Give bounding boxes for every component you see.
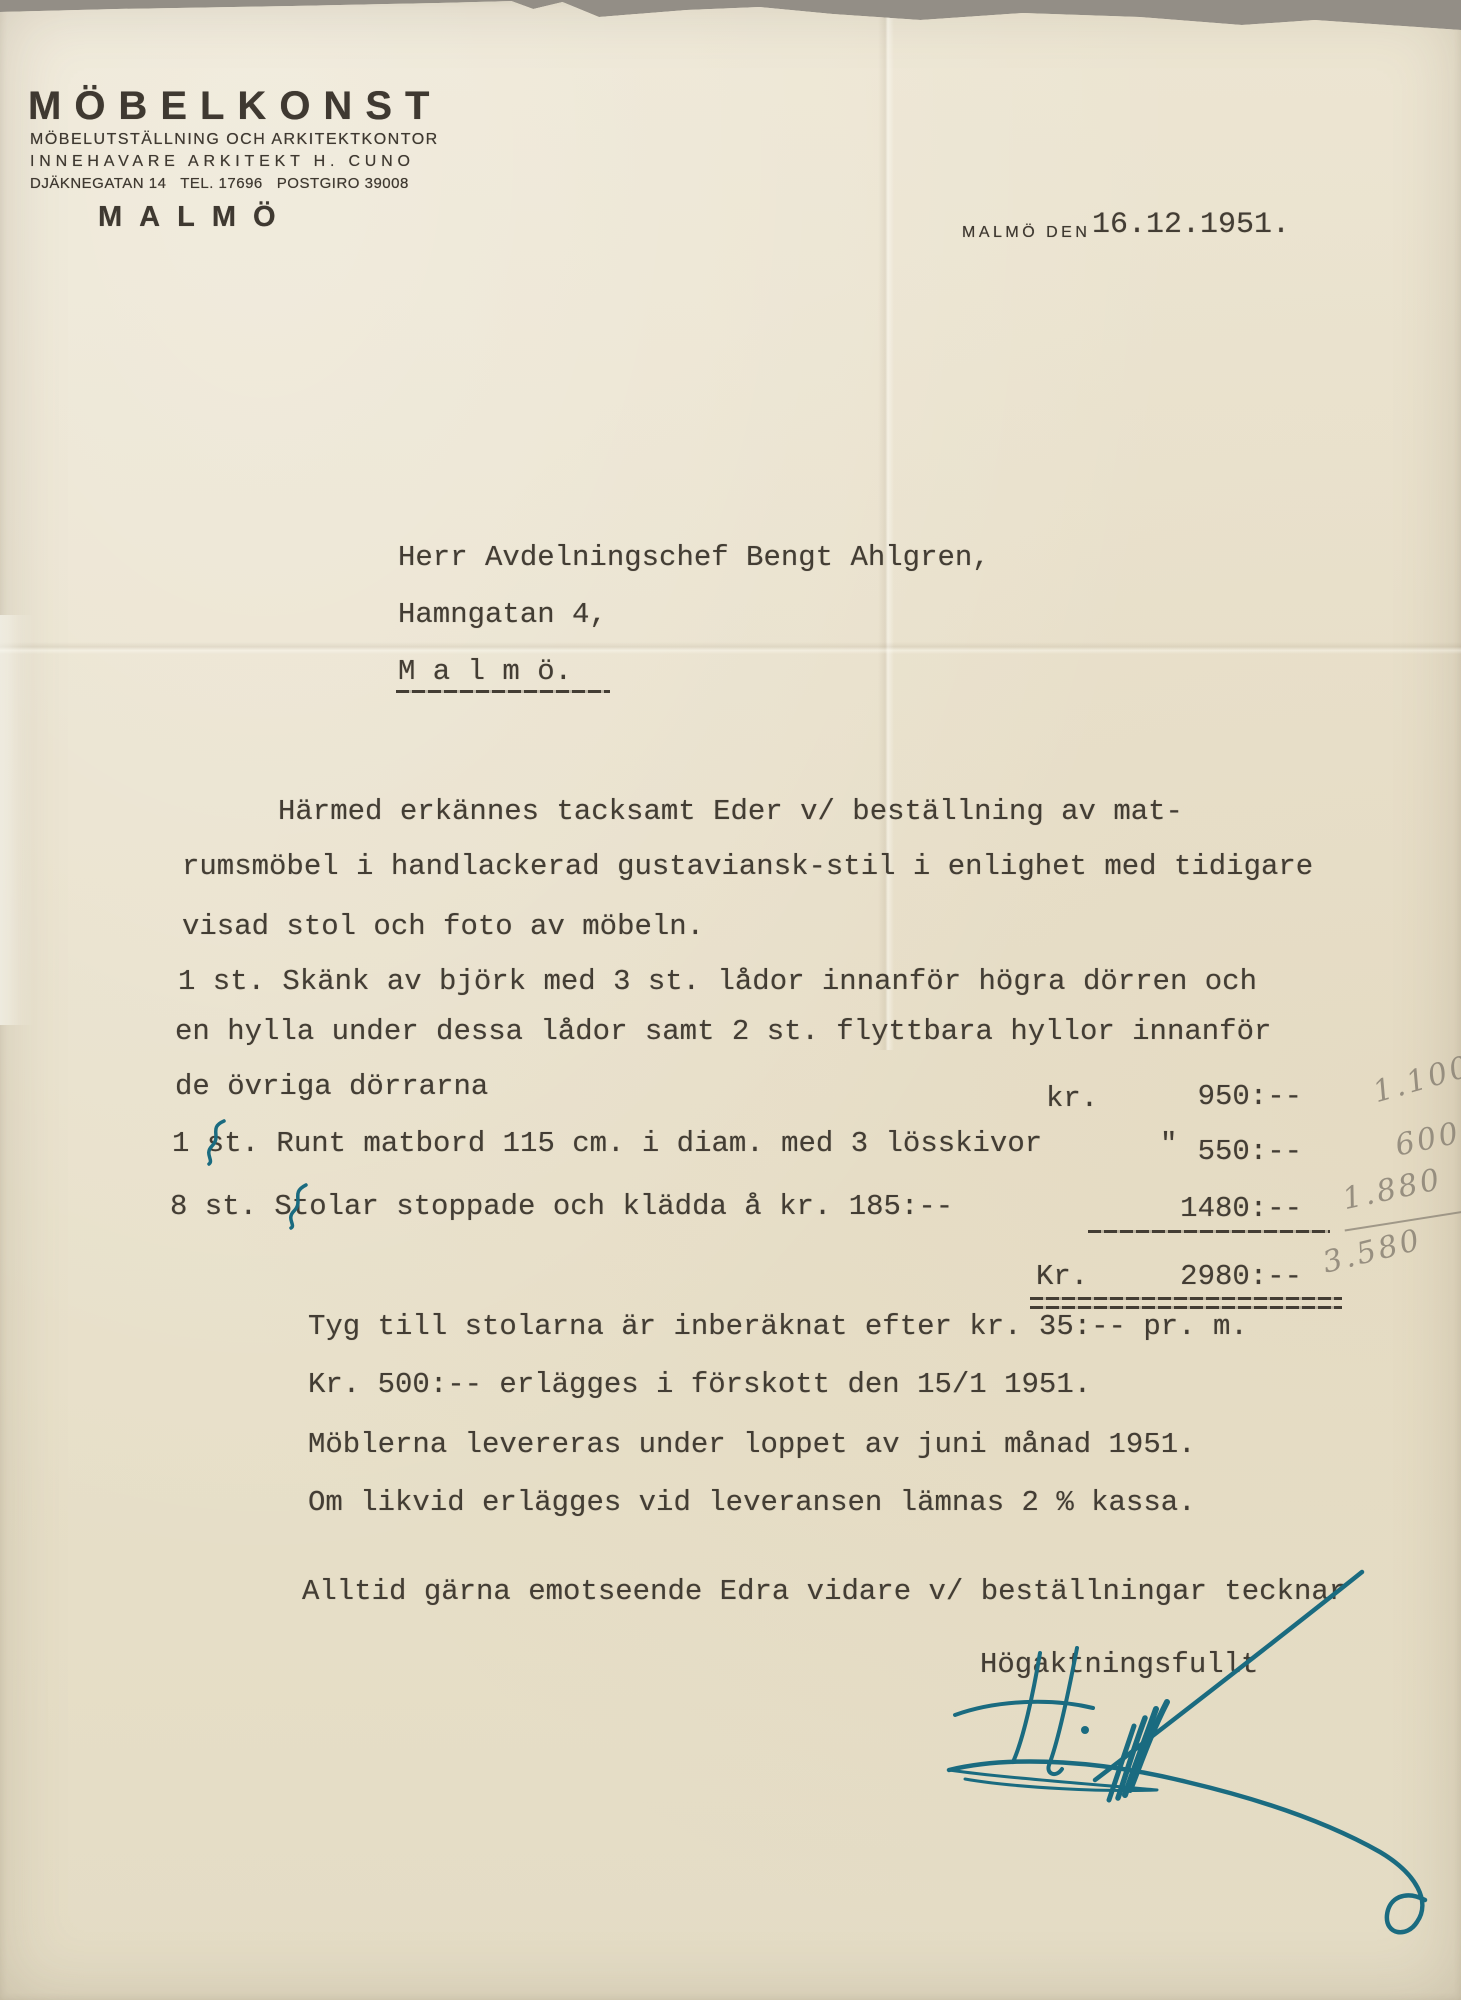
amount-skank: 950:-- [1130,1080,1302,1113]
terms-line-4: Om likvid erlägges vid leveransen lämnas… [308,1486,1196,1519]
amount-matbord: 550:-- [1130,1135,1302,1168]
currency-label: kr. [1046,1082,1098,1115]
pencil-note-stolar: 1.880 [1339,1162,1445,1217]
company-name: MÖBELKONST [28,84,442,129]
total-underline-2 [1030,1306,1342,1309]
recipient-name: Herr Avdelningschef Bengt Ahlgren, [398,541,990,574]
order-line-4: 1 st. Runt matbord 115 cm. i diam. med 3… [172,1127,1042,1160]
terms-line-3: Möblerna levereras under loppet av juni … [308,1428,1196,1461]
photo-backdrop: { "letterhead": { "company": "MÖBELKONST… [0,0,1461,2000]
terms-line-1: Tyg till stolarna är inberäknat efter kr… [308,1310,1248,1343]
total-label: Kr. [1036,1260,1088,1293]
letterhead-city: MALMÖ [98,201,293,234]
vertical-fold-crease [878,10,894,1050]
order-line-2: en hylla under dessa lådor samt 2 st. fl… [175,1015,1271,1048]
total-underline-1 [1030,1297,1342,1300]
left-edge-fold-highlight [0,615,34,1025]
pencil-note-total: 3.580 [1319,1222,1425,1280]
order-line-3: de övriga dörrarna [175,1070,488,1103]
ink-correction-mark-2 [281,1182,313,1230]
pencil-note-matbord: 600 [1392,1115,1461,1163]
ink-correction-mark-1 [200,1118,232,1166]
total-amount: 2980:-- [1130,1260,1302,1293]
letter-paper: MÖBELKONST MÖBELUTSTÄLLNING OCH ARKITEKT… [0,0,1461,2000]
recipient-street: Hamngatan 4, [398,598,607,631]
letterhead-subtitle-1: MÖBELUTSTÄLLNING OCH ARKITEKTKONTOR [30,131,439,149]
intro-line-2: rumsmöbel i handlackerad gustaviansk-sti… [182,850,1313,883]
intro-line-3: visad stol och foto av möbeln. [182,910,704,943]
pencil-note-skank: 1.100 [1369,1049,1461,1110]
letterhead-subtitle-3: DJÄKNEGATAN 14 TEL. 17696 POSTGIRO 39008 [30,175,409,192]
intro-line-1: Härmed erkännes tacksamt Eder v/ beställ… [278,795,1183,828]
letterhead-subtitle-2: INNEHAVARE ARKITEKT H. CUNO [30,153,415,171]
recipient-city-underline [396,690,610,693]
signature-ink [925,1550,1461,2000]
horizontal-fold-crease [0,642,1461,654]
amount-stolar: 1480:-- [1130,1192,1302,1225]
date-value: 16.12.1951. [1092,208,1290,242]
terms-line-2: Kr. 500:-- erlägges i förskott den 15/1 … [308,1368,1091,1401]
stolar-underline [1088,1230,1330,1233]
date-label: MALMÖ DEN [962,224,1090,242]
recipient-city: M a l m ö. [398,655,572,688]
order-line-1: 1 st. Skänk av björk med 3 st. lådor inn… [178,965,1257,998]
